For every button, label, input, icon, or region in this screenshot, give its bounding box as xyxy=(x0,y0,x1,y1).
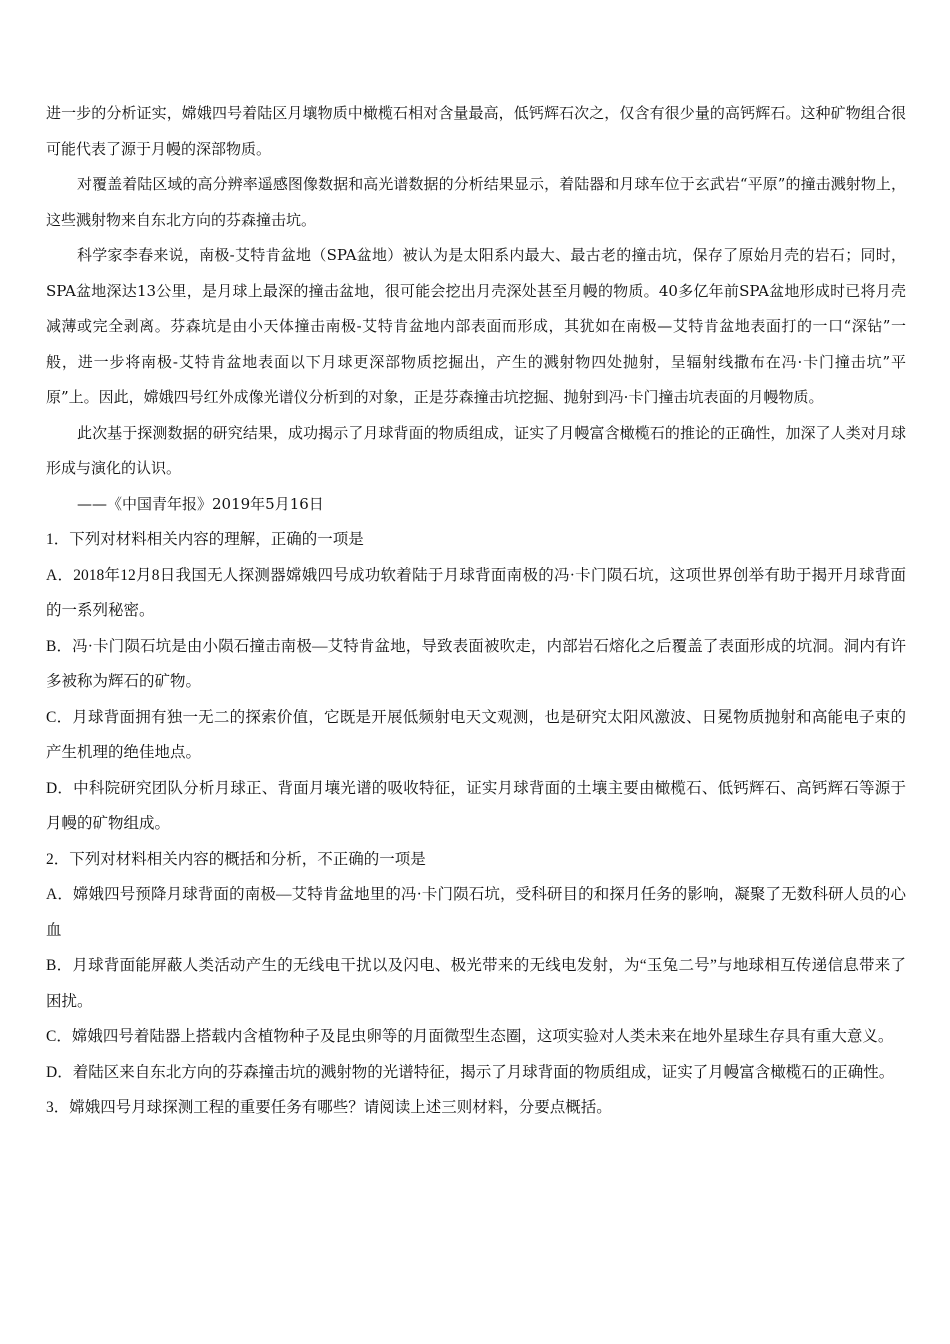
question-1: 1．下列对材料相关内容的理解，正确的一项是 A．2018年12月8日我国无人探测… xyxy=(46,522,906,842)
option-d: D．中科院研究团队分析月球正、背面月壤光谱的吸收特征，证实月球背面的土壤主要由橄… xyxy=(46,771,906,842)
question-stem: 3．嫦娥四号月球探测工程的重要任务有哪些？请阅读上述三则材料，分要点概括。 xyxy=(46,1090,906,1126)
passage-paragraph: 此次基于探测数据的研究结果，成功揭示了月球背面的物质组成，证实了月幔富含橄榄石的… xyxy=(46,416,906,487)
option-c: C．嫦娥四号着陆器上搭载内含植物种子及昆虫卵等的月面微型生态圈，这项实验对人类未… xyxy=(46,1019,906,1055)
option-a: A．2018年12月8日我国无人探测器嫦娥四号成功软着陆于月球背面南极的冯·卡门… xyxy=(46,558,906,629)
question-stem: 1．下列对材料相关内容的理解，正确的一项是 xyxy=(46,522,906,558)
passage-paragraph: 进一步的分析证实，嫦娥四号着陆区月壤物质中橄榄石相对含量最高，低钙辉石次之，仅含… xyxy=(46,96,906,167)
passage-paragraph: 科学家李春来说，南极-艾特肯盆地（SPA盆地）被认为是太阳系内最大、最古老的撞击… xyxy=(46,238,906,416)
question-3: 3．嫦娥四号月球探测工程的重要任务有哪些？请阅读上述三则材料，分要点概括。 xyxy=(46,1090,906,1126)
option-a: A．嫦娥四号预降月球背面的南极—艾特肯盆地里的冯·卡门陨石坑，受科研目的和探月任… xyxy=(46,877,906,948)
question-stem: 2．下列对材料相关内容的概括和分析，不正确的一项是 xyxy=(46,842,906,878)
document-page: 进一步的分析证实，嫦娥四号着陆区月壤物质中橄榄石相对含量最高，低钙辉石次之，仅含… xyxy=(46,96,906,1126)
option-c: C．月球背面拥有独一无二的探索价值，它既是开展低频射电天文观测，也是研究太阳风激… xyxy=(46,700,906,771)
option-b: B．月球背面能屏蔽人类活动产生的无线电干扰以及闪电、极光带来的无线电发射，为“玉… xyxy=(46,948,906,1019)
option-d: D．着陆区来自东北方向的芬森撞击坑的溅射物的光谱特征，揭示了月球背面的物质组成，… xyxy=(46,1055,906,1091)
question-2: 2．下列对材料相关内容的概括和分析，不正确的一项是 A．嫦娥四号预降月球背面的南… xyxy=(46,842,906,1091)
passage-paragraph: 对覆盖着陆区域的高分辨率遥感图像数据和高光谱数据的分析结果显示，着陆器和月球车位… xyxy=(46,167,906,238)
option-b: B．冯·卡门陨石坑是由小陨石撞击南极—艾特肯盆地，导致表面被吹走，内部岩石熔化之… xyxy=(46,629,906,700)
passage-source: ——《中国青年报》2019年5月16日 xyxy=(46,487,906,523)
